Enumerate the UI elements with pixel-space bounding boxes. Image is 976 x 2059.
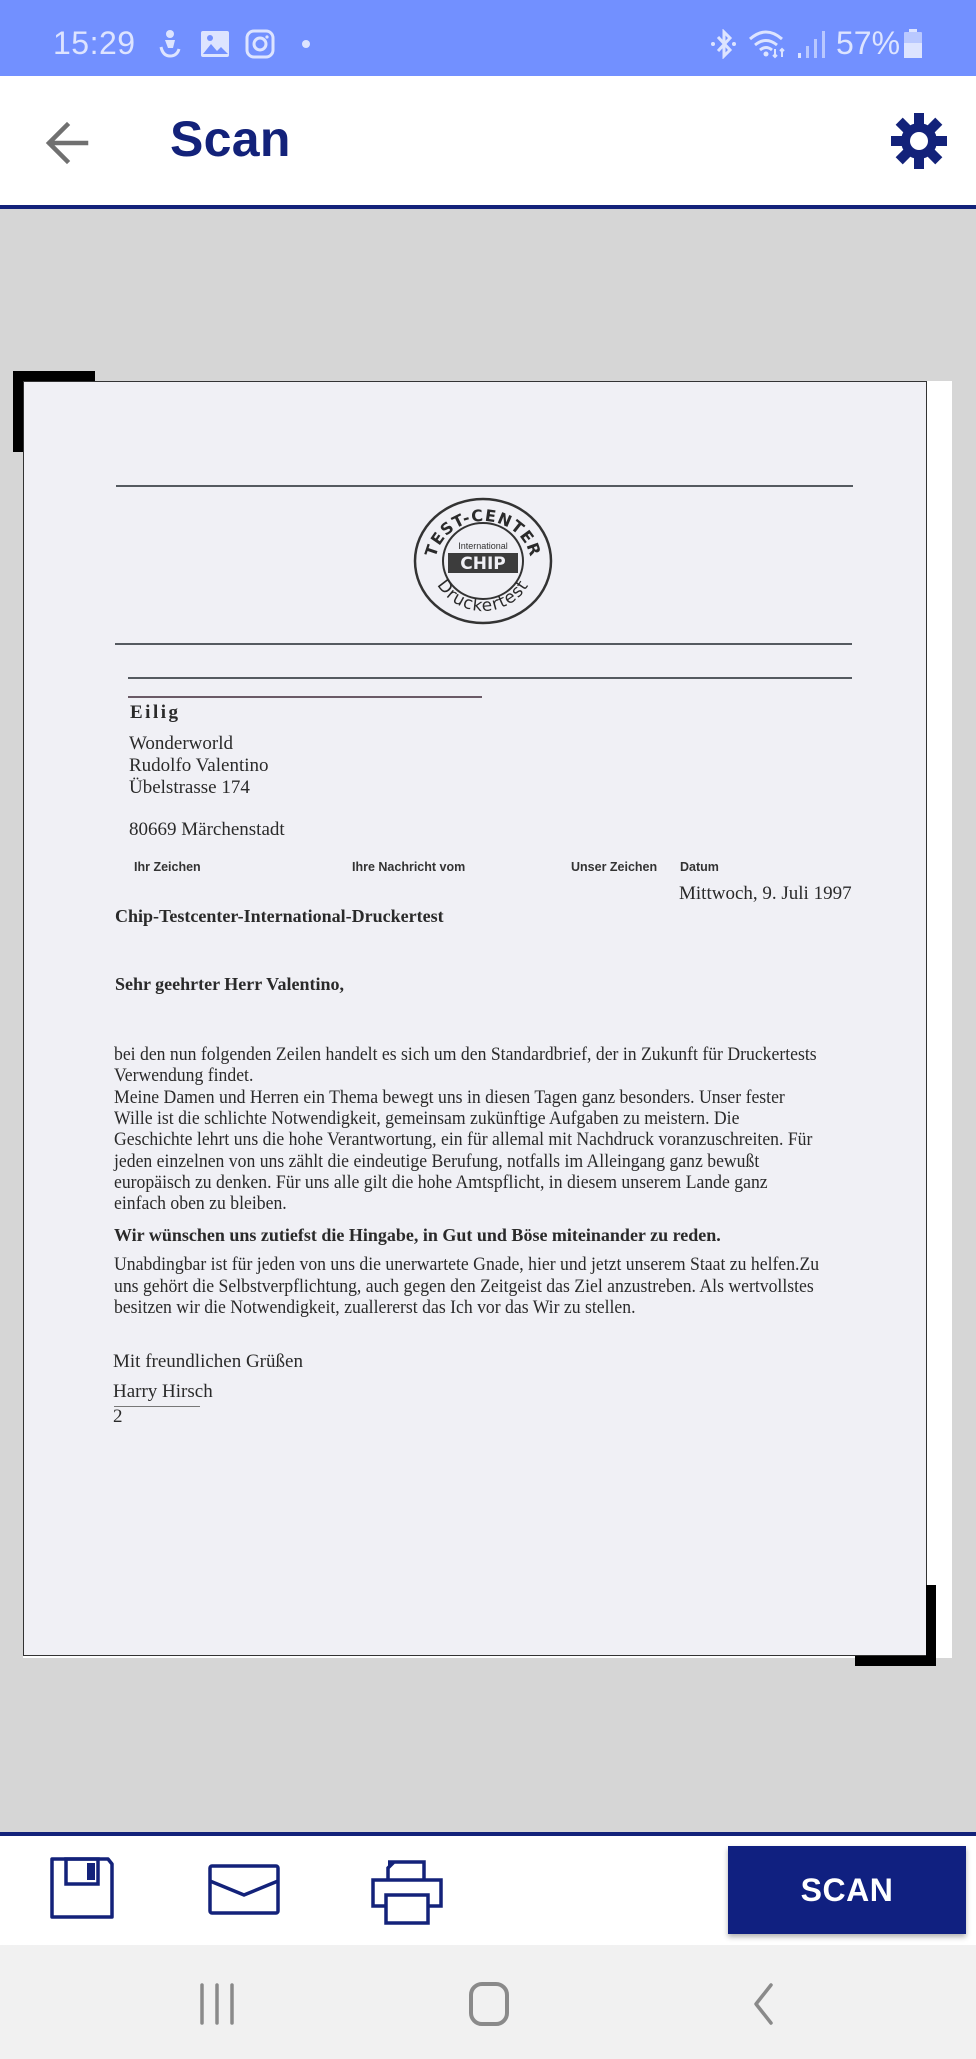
status-bar: 15:29 57%: [0, 0, 976, 76]
scan-button[interactable]: SCAN: [728, 1846, 966, 1934]
system-back-button[interactable]: [745, 1981, 781, 2027]
paragraph-line: europäisch zu denken. Für uns alle gilt …: [114, 1172, 768, 1193]
bottom-toolbar: SCAN: [0, 1832, 976, 1945]
bold-statement: Wir wünschen uns zutiefst die Hingabe, i…: [114, 1225, 721, 1246]
settings-button[interactable]: [888, 110, 950, 172]
divider: [128, 696, 482, 698]
paragraph-line: Unabdingbar ist für jeden von uns die un…: [114, 1254, 819, 1275]
system-navigation-bar: [0, 1945, 976, 2059]
paragraph-line: Meine Damen und Herren ein Thema bewegt …: [114, 1087, 785, 1108]
paragraph-line: uns gehört die Selbstverpflichtung, auch…: [114, 1276, 814, 1297]
instagram-icon: [245, 29, 275, 59]
print-button[interactable]: [366, 1850, 446, 1930]
recipient-line: Rudolfo Valentino: [129, 755, 269, 776]
recipient-city: 80669 Märchenstadt: [129, 819, 285, 840]
scanned-document: TEST-CENTER Druckertest International CH…: [23, 381, 927, 1656]
floppy-disk-icon: [41, 1850, 121, 1930]
arrow-left-icon: [40, 116, 94, 170]
letter-signature: Harry Hirsch: [113, 1381, 213, 1402]
gear-icon: [888, 110, 950, 172]
svg-text:International: International: [458, 541, 508, 551]
ref-label: Ihr Zeichen: [134, 860, 201, 874]
chip-test-center-logo: TEST-CENTER Druckertest International CH…: [413, 497, 553, 627]
priority-label: Eilig: [130, 702, 181, 723]
recent-apps-icon: [196, 1981, 238, 2027]
notification-dot-icon: [300, 29, 312, 59]
paragraph-line: besitzen wir die Notwendigkeit, zuallere…: [114, 1297, 636, 1318]
divider: [115, 643, 852, 645]
battery-icon: [903, 29, 923, 59]
letter-subject: Chip-Testcenter-International-Druckertes…: [115, 906, 444, 927]
envelope-icon: [203, 1850, 283, 1930]
gallery-icon: [200, 29, 230, 59]
divider: [128, 677, 852, 679]
back-button[interactable]: [40, 116, 94, 170]
letter-closing: Mit freundlichen Grüßen: [113, 1351, 303, 1372]
save-button[interactable]: [41, 1850, 121, 1930]
app-bar: Scan: [0, 76, 976, 209]
recipient-line: Wonderworld: [129, 733, 233, 754]
recent-apps-button[interactable]: [196, 1981, 238, 2027]
signal-icon: [796, 29, 826, 59]
home-icon: [466, 1981, 512, 2027]
crop-handle-bottom-right[interactable]: [855, 1585, 936, 1666]
home-button[interactable]: [466, 1981, 512, 2027]
ref-label: Datum: [680, 860, 719, 874]
email-button[interactable]: [203, 1850, 283, 1930]
battery-percent: 57%: [836, 25, 900, 62]
paragraph-line: einfach oben zu bleiben.: [114, 1193, 287, 1214]
paragraph-line: Geschichte lehrt uns die hohe Verantwort…: [114, 1129, 812, 1150]
accessibility-icon: [156, 29, 182, 59]
svg-text:Druckertest: Druckertest: [433, 576, 533, 616]
divider: [116, 485, 853, 487]
recipient-line: Übelstrasse 174: [129, 777, 250, 798]
svg-text:CHIP: CHIP: [460, 554, 506, 574]
bluetooth-icon: [709, 29, 737, 59]
paragraph-line: Wille ist die schlichte Notwendigkeit, g…: [114, 1108, 739, 1129]
back-chevron-icon: [745, 1981, 781, 2027]
ref-label: Ihre Nachricht vom: [352, 860, 465, 874]
paragraph-line: jeden einzelnen von uns zählt die eindeu…: [114, 1151, 759, 1172]
ref-label: Unser Zeichen: [571, 860, 657, 874]
printer-icon: [366, 1850, 446, 1930]
paragraph-line: Verwendung findet.: [114, 1065, 253, 1086]
page-title: Scan: [170, 110, 291, 168]
crop-handle-top-left[interactable]: [13, 371, 95, 452]
letter-date: Mittwoch, 9. Juli 1997: [679, 883, 852, 904]
paragraph-line: bei den nun folgenden Zeilen handelt es …: [114, 1044, 817, 1065]
letter-salutation: Sehr geehrter Herr Valentino,: [115, 974, 344, 995]
wifi-icon: [748, 29, 788, 59]
signature-underline: [114, 1406, 200, 1407]
status-time: 15:29: [53, 25, 136, 62]
page-number: 2: [113, 1406, 123, 1427]
